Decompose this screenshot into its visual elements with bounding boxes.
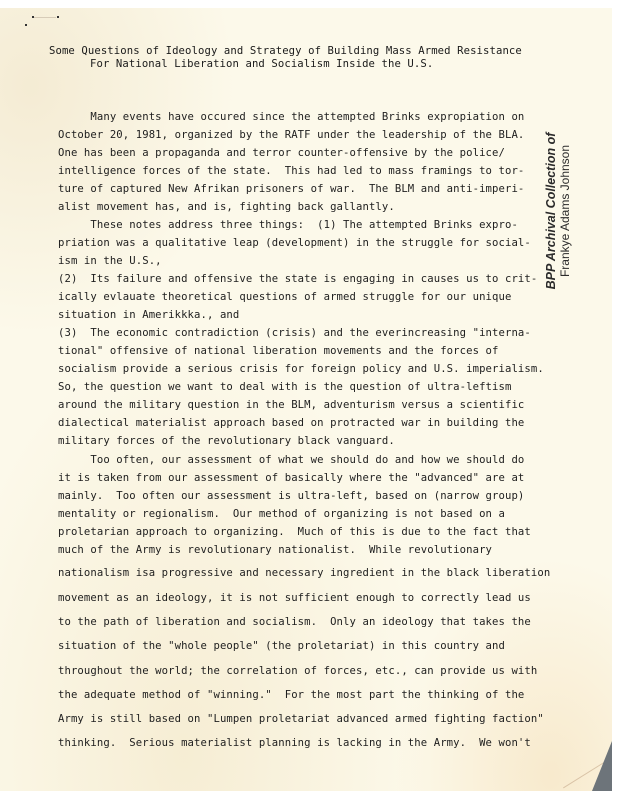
body-text-line: situation in Amerikkka., and xyxy=(58,310,239,321)
body-text-line: These notes address three things: (1) Th… xyxy=(58,220,518,231)
body-text-line: throughout the world; the correlation of… xyxy=(58,666,537,677)
punch-mark xyxy=(25,24,27,26)
body-text-line: Army is still based on "Lumpen proletari… xyxy=(58,714,544,725)
body-text-line: the adequate method of "winning." For th… xyxy=(58,690,524,701)
document-title-line-2: For National Liberation and Socialism In… xyxy=(90,59,433,70)
body-text-line: much of the Army is revolutionary nation… xyxy=(58,545,492,556)
body-text-line: military forces of the revolutionary bla… xyxy=(58,436,395,447)
body-text-line: ically evlauate theoretical questions of… xyxy=(58,292,511,303)
body-text-line: nationalism isa progressive and necessar… xyxy=(58,568,550,579)
archive-stamp-line-2: Frankye Adams Johnson xyxy=(558,133,572,290)
body-text-line: movement as an ideology, it is not suffi… xyxy=(58,593,531,604)
body-text-line: thinking. Serious materialist planning i… xyxy=(58,738,531,749)
body-text-line: socialism provide a serious crisis for f… xyxy=(58,364,544,375)
body-text-line: tional" offensive of national liberation… xyxy=(58,346,499,357)
body-text-line: around the military question in the BLM,… xyxy=(58,400,524,411)
body-text-line: alist movement has, and is, fighting bac… xyxy=(58,202,395,213)
body-text-line: to the path of liberation and socialism.… xyxy=(58,617,531,628)
body-text-line: mainly. Too often our assessment is ultr… xyxy=(58,491,524,502)
body-text-line: (3) The economic contradiction (crisis) … xyxy=(58,328,531,339)
body-text-line: One has been a propaganda and terror cou… xyxy=(58,148,505,159)
punch-mark xyxy=(57,16,59,18)
body-text-line: priation was a qualitative leap (develop… xyxy=(58,238,531,249)
body-text-line: (2) Its failure and offensive the state … xyxy=(58,274,537,285)
body-text-line: Too often, our assessment of what we sho… xyxy=(58,455,524,466)
folded-corner xyxy=(592,741,612,791)
pencil-mark xyxy=(34,17,56,18)
body-text-line: ism in the U.S., xyxy=(58,256,162,267)
document-title-line-1: Some Questions of Ideology and Strategy … xyxy=(49,46,522,57)
body-text-line: October 20, 1981, organized by the RATF … xyxy=(58,130,524,141)
archive-stamp: BPP Archival Collection of Frankye Adams… xyxy=(540,126,576,296)
body-text-line: situation of the "whole people" (the pro… xyxy=(58,641,505,652)
body-text-line: So, the question we want to deal with is… xyxy=(58,382,511,393)
body-text-line: intelligence forces of the state. This h… xyxy=(58,166,524,177)
archive-stamp-line-1: BPP Archival Collection of xyxy=(544,133,558,290)
body-text-line: proletarian approach to organizing. Much… xyxy=(58,527,531,538)
body-text-line: it is taken from our assessment of basic… xyxy=(58,473,524,484)
document-page: Some Questions of Ideology and Strategy … xyxy=(0,8,612,791)
body-text-line: dialectical materialist approach based o… xyxy=(58,418,524,429)
body-text-line: Many events have occured since the attem… xyxy=(58,112,524,123)
body-text-line: ture of captured New Afrikan prisoners o… xyxy=(58,184,524,195)
body-text-line: mentality or regionalism. Our method of … xyxy=(58,509,505,520)
